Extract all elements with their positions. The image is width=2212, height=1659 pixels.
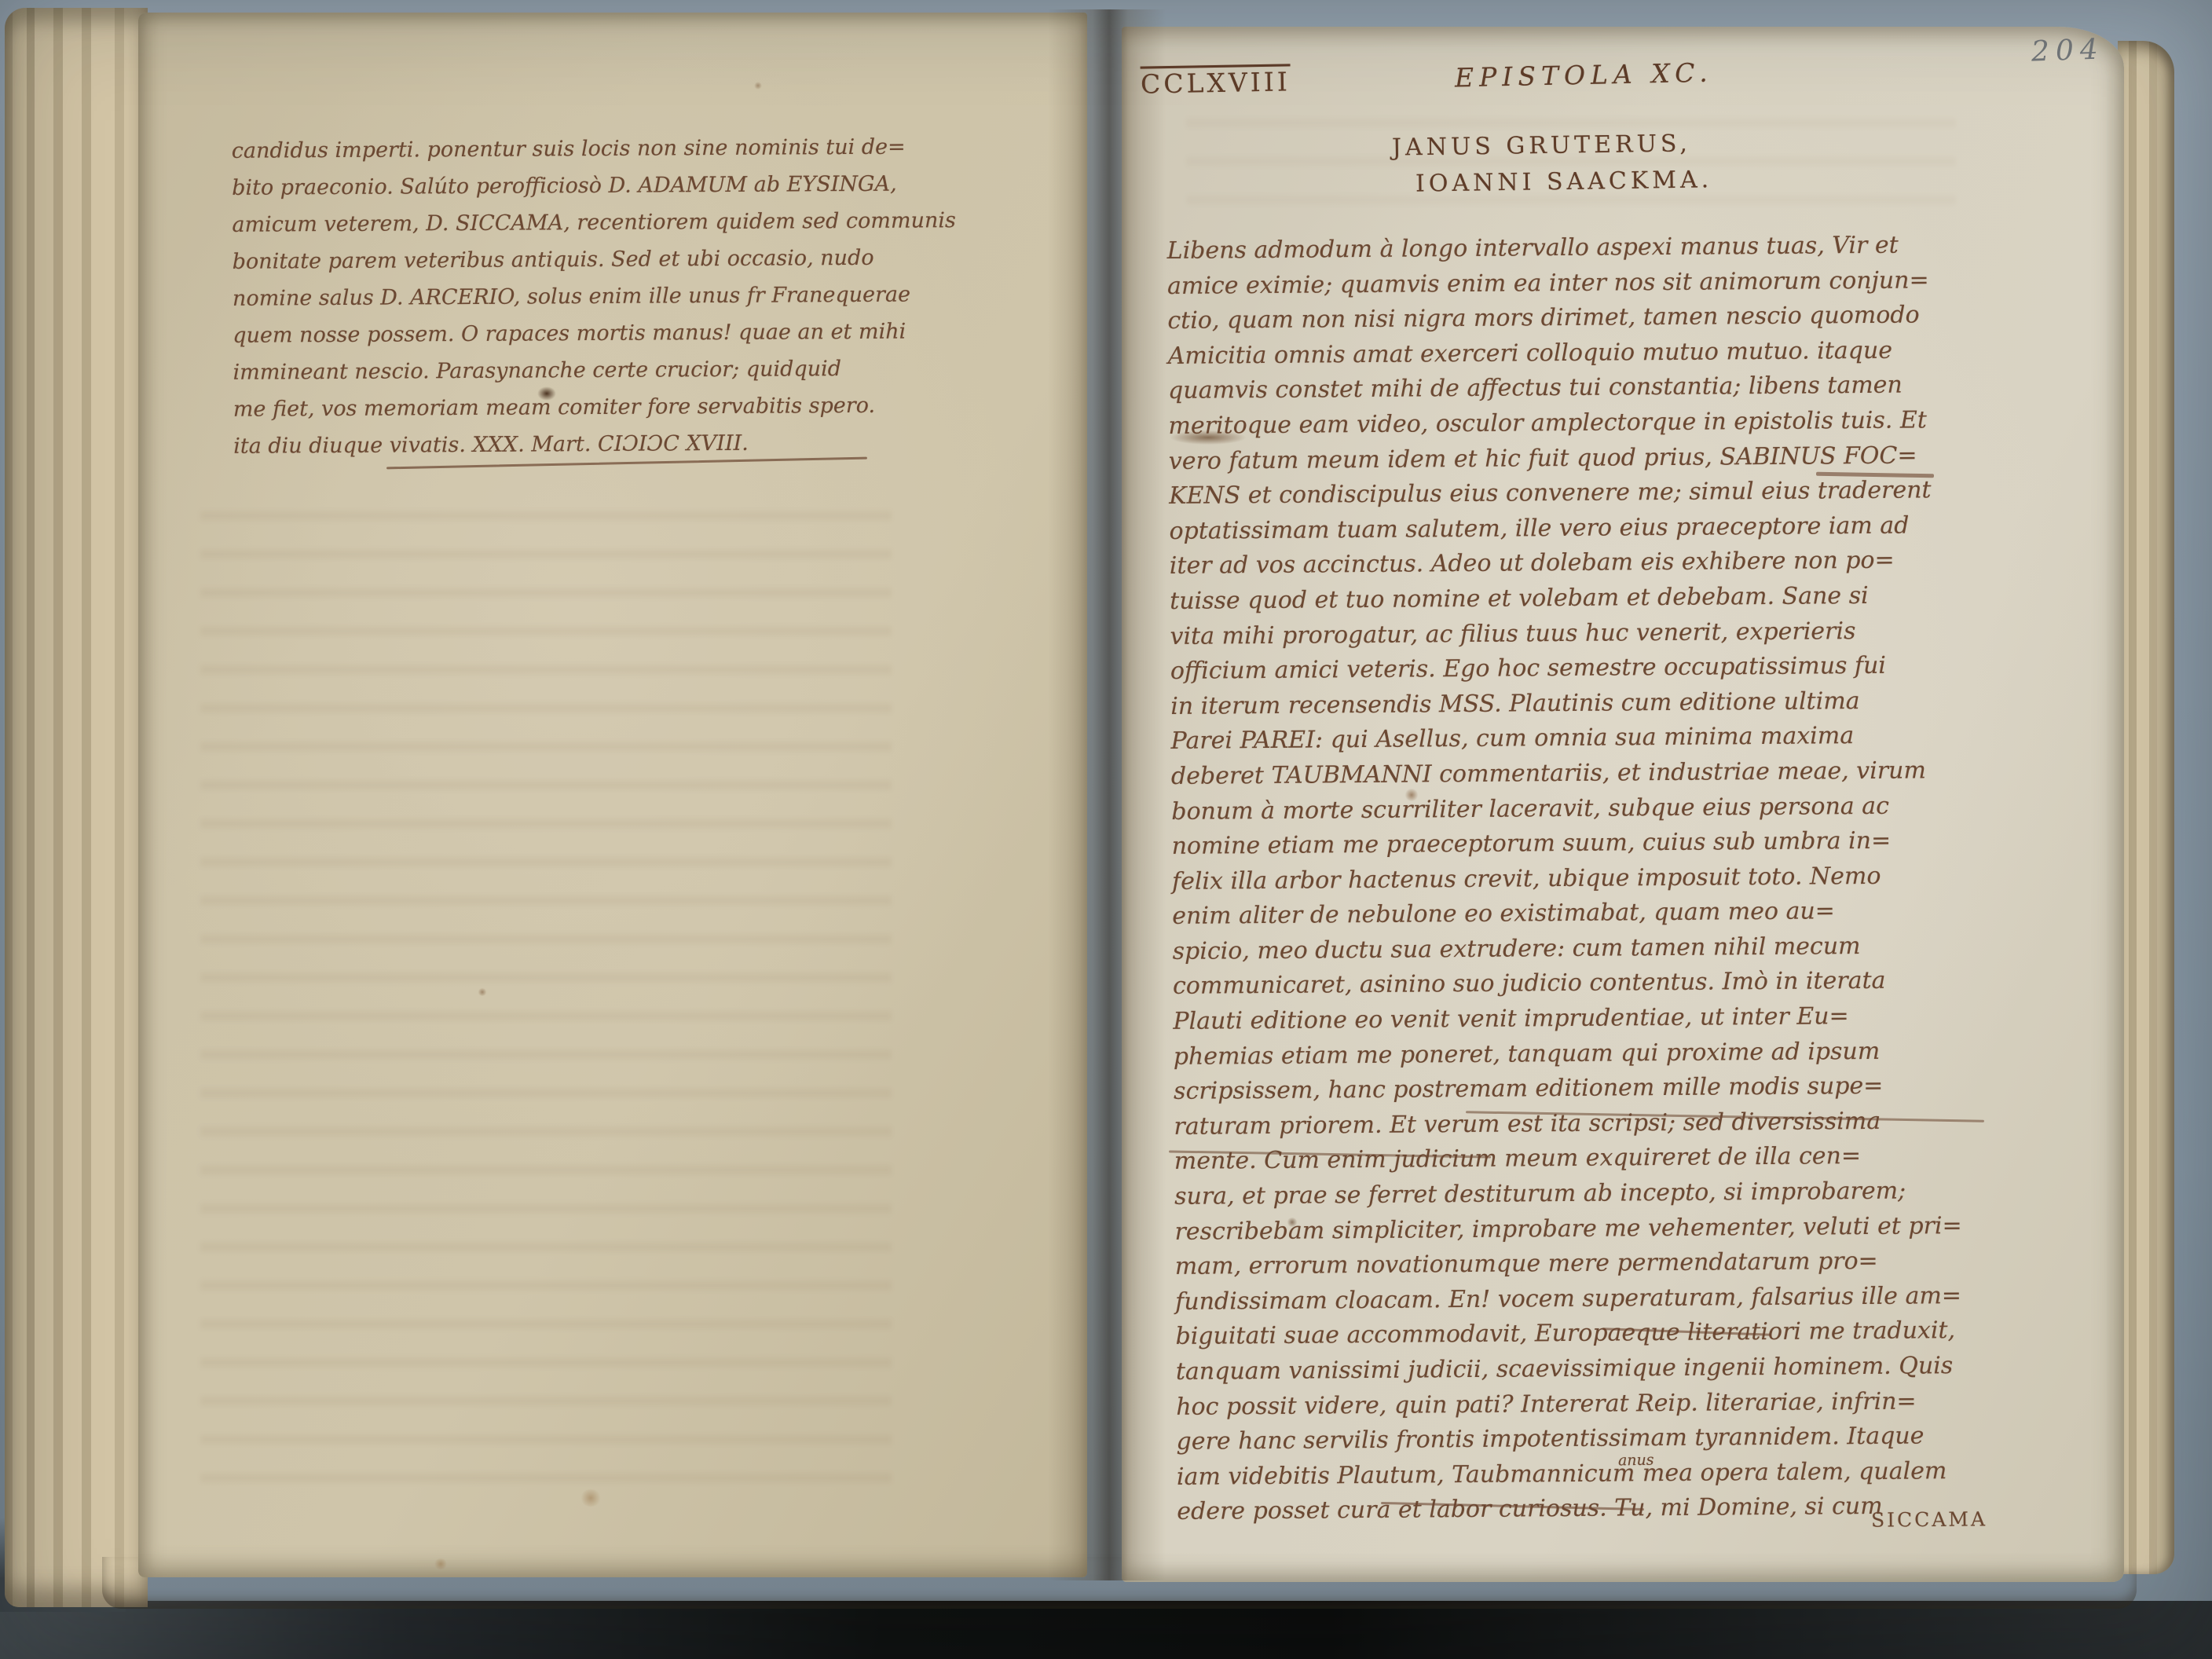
paper-spot [1404,789,1419,801]
paper-spot [754,82,762,90]
paper-spot [1287,1218,1298,1227]
text-line: edere posset cura et labor curiosus. Tu,… [1177,1489,1965,1529]
text-line: raturam priorem. Et verum est ita scrips… [1174,1104,1961,1144]
text-line: vita mihi prorogatur, ac filius tuus huc… [1170,613,1957,654]
book-page-edges-right [2118,41,2174,1574]
book-page-edges-left [5,8,148,1607]
text-line: quem nosse possem. O rapaces mortis manu… [233,313,957,354]
folio-number: CCLXVIII [1141,66,1291,99]
text-line: in iterum recensendis MSS. Plautinis cum… [1170,683,1958,724]
text-line: quamvis constet mihi de affectus tui con… [1168,368,1956,408]
ink-blot [537,386,556,401]
text-line: candidus imperti. ponentur suis locis no… [232,128,956,170]
paper-spot [478,988,487,996]
recipient-name: IOANNI SAACKMA. [1415,166,1713,197]
text-line: amicum veterem, D. SICCAMA, recentiorem … [232,202,956,244]
text-line: hoc possit videre, quin pati? Intererat … [1176,1384,1964,1425]
text-line: gere hanc servilis frontis impotentissim… [1176,1419,1964,1459]
text-line: officium amici veteris. Ego hoc semestre… [1170,648,1958,689]
epistle-title: EPISTOLA XC. [1455,57,1713,93]
paper-spot [580,1489,602,1507]
text-line: Plauti editione eo venit venit imprudent… [1173,998,1961,1039]
bleed-through-left [200,487,892,1485]
pencil-page-number: 204 [2031,33,2104,68]
text-line: spicio, meo ductu sua extrudere: cum tam… [1173,928,1961,969]
text-line: communicaret, asinino suo judicio conten… [1173,964,1961,1005]
text-line: amice eximie; quamvis enim ea inter nos … [1167,263,1955,304]
text-line: nomine etiam me praeceptorum suum, cuius… [1171,823,1959,864]
text-line: immineant nescio. Parasynanche certe cru… [233,350,957,391]
manuscript-photo: candidus imperti. ponentur suis locis no… [0,0,2212,1659]
text-line: iam videbitis Plautum, Taubmannicum mea … [1177,1454,1965,1495]
text-line: mam, errorum novationumque mere permenda… [1175,1243,1963,1284]
bleed-through-right [1186,94,1956,228]
text-line: ctio, quam non nisi nigra mors dirimet, … [1167,298,1955,339]
text-line: sura, et prae se ferret destiturum ab in… [1174,1174,1962,1214]
paper-spot [434,1558,448,1569]
right-page-text-block: Libens admodum à longo intervallo aspexi… [1167,228,1965,1530]
text-line: nomine salus D. ARCERIO, solus enim ille… [233,276,957,317]
text-line: optatissimam tuam salutem, ille vero eiu… [1169,508,1957,549]
text-line: tuisse quod et tuo nomine et volebam et … [1170,578,1957,619]
text-line: rescribebam simpliciter, improbare me ve… [1174,1209,1962,1250]
text-line: Libens admodum à longo intervallo aspexi… [1167,228,1955,269]
sender-name: JANUS GRUTERUS, [1392,130,1691,161]
catchword: SICCAMA [1871,1507,1987,1531]
text-line: phemias etiam me poneret, tanquam qui pr… [1174,1034,1961,1075]
left-page-text-block: candidus imperti. ponentur suis locis no… [232,128,958,465]
text-line: tanquam vanissimi judicii, scaevissimiqu… [1176,1349,1964,1390]
text-line: felix illa arbor hactenus crevit, ubique… [1172,859,1960,899]
text-line: deberet TAUBMANNI commentariis, et indus… [1171,753,1959,794]
text-line: fundissimam cloacam. En! vocem superatur… [1175,1279,1963,1320]
table-surface [0,1601,2212,1659]
text-line: Amicitia omnis amat exerceri colloquio m… [1168,333,1956,374]
interline-insertion: anus [1618,1452,1654,1470]
text-line: KENS et condiscipulus eius convenere me;… [1169,473,1957,514]
text-line: bonum à morte scurriliter laceravit, sub… [1171,789,1959,829]
text-line: enim aliter de nebulone eo existimabat, … [1172,893,1960,934]
text-line: scripsissem, hanc postremam editionem mi… [1174,1068,1961,1109]
text-line: mente. Cum enim judicium meum exquireret… [1174,1138,1962,1179]
text-line: meritoque eam video, osculor amplectorqu… [1168,403,1956,444]
text-line: me fiet, vos memoriam meam comiter fore … [233,386,958,428]
text-line: biguitati suae accommodavit, Europaeque … [1175,1313,1963,1354]
text-line: bito praeconio. Salúto perofficiosò D. A… [232,165,956,207]
text-line: bonitate parem veteribus antiquis. Sed e… [233,239,957,280]
text-line: Parei PAREI: qui Asellus, cum omnia sua … [1170,718,1958,759]
book-gutter-shadow [1048,9,1166,1580]
text-line: iter ad vos accinctus. Adeo ut dolebam e… [1170,543,1957,584]
ink-smear [1170,430,1246,445]
